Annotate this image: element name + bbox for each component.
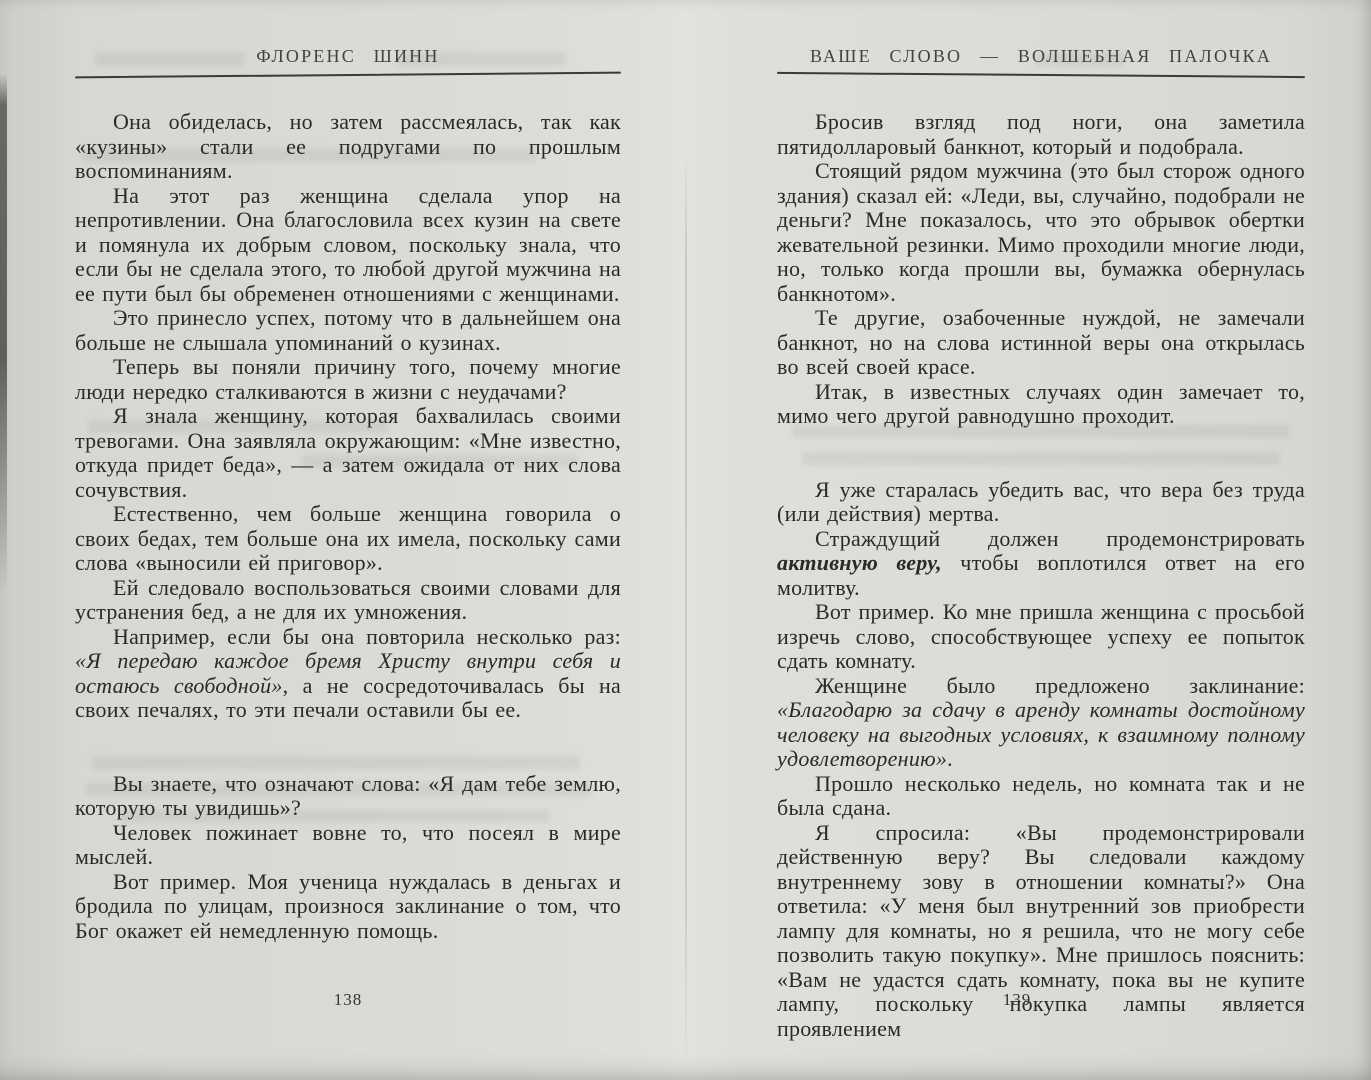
text-segment: Она обиделась, но затем рассмеялась, так… xyxy=(75,109,621,183)
running-head-right: ВАШЕ СЛОВО — ВОЛШЕБНАЯ ПАЛОЧКА xyxy=(777,46,1305,66)
paragraph: Это принесло успех, потому что в дальней… xyxy=(75,306,621,355)
page-edge-shadow-left xyxy=(0,74,7,594)
text-segment: Страждущий должен продемонстрировать xyxy=(815,526,1305,551)
text-segment: Вот пример. Моя ученица нуждалась в день… xyxy=(75,869,621,943)
gutter-shadow xyxy=(685,150,687,1080)
paragraph: Бросив взгляд под ноги, она заметила пят… xyxy=(777,110,1305,159)
paragraph: Вот пример. Ко мне пришла женщина с прос… xyxy=(777,600,1305,674)
paragraph: На этот раз женщина сделала упор на непр… xyxy=(75,184,621,307)
page-number-left: 138 xyxy=(75,990,621,1010)
paragraph: Вот пример. Моя ученица нуждалась в день… xyxy=(75,870,621,944)
paragraph: Итак, в известных случаях один замечает … xyxy=(777,380,1305,429)
paragraph: Женщине было предложено заклинание: «Бла… xyxy=(777,674,1305,772)
paragraph: Теперь вы поняли причину того, почему мн… xyxy=(75,355,621,404)
header-rule-left xyxy=(75,72,621,79)
page-number-right: 139 xyxy=(753,990,1281,1010)
text-segment: Это принесло успех, потому что в дальней… xyxy=(75,305,621,355)
paragraph: Естественно, чем больше женщина говорила… xyxy=(75,502,621,576)
text-segment: Я уже старалась убедить вас, что вера бе… xyxy=(777,477,1305,527)
paragraph: Прошло несколько недель, но комната так … xyxy=(777,772,1305,821)
text-segment: Например, если бы она повторила нескольк… xyxy=(113,624,621,649)
paragraph: Те другие, озабоченные нуждой, не замеча… xyxy=(777,306,1305,380)
text-segment: Вы знаете, что означают слова: «Я дам те… xyxy=(75,771,621,821)
paragraph: Вы знаете, что означают слова: «Я дам те… xyxy=(75,772,621,821)
text-segment: Вот пример. Ко мне пришла женщина с прос… xyxy=(777,599,1305,673)
text-segment: Естественно, чем больше женщина говорила… xyxy=(75,501,621,575)
text-segment: На этот раз женщина сделала упор на непр… xyxy=(75,183,621,306)
text-segment: активную веру, xyxy=(777,550,942,575)
paragraph: Человек пожинает вовне то, что посеял в … xyxy=(75,821,621,870)
text-segment: Ей следовало воспользоваться своими слов… xyxy=(75,575,621,625)
text-segment: Человек пожинает вовне то, что посеял в … xyxy=(75,820,621,870)
page-body-left: Она обиделась, но затем рассмеялась, так… xyxy=(75,110,621,943)
text-segment: «Благодарю за сдачу в аренду комнаты дос… xyxy=(777,697,1305,771)
paragraph: Я уже старалась убедить вас, что вера бе… xyxy=(777,478,1305,527)
text-segment: Итак, в известных случаях один замечает … xyxy=(777,379,1305,429)
header-rule-right xyxy=(777,72,1305,78)
text-segment: Прошло несколько недель, но комната так … xyxy=(777,771,1305,821)
running-head-left: ФЛОРЕНС ШИНН xyxy=(75,46,621,66)
text-segment: . xyxy=(947,746,953,771)
text-segment: Я знала женщину, которая бахвалилась сво… xyxy=(75,403,621,502)
right-page: ВАШЕ СЛОВО — ВОЛШЕБНАЯ ПАЛОЧКА Бросив вз… xyxy=(777,46,1305,1041)
left-page: ФЛОРЕНС ШИНН Она обиделась, но затем рас… xyxy=(75,46,621,943)
text-segment: Стоящий рядом мужчина (это был сторож од… xyxy=(777,158,1305,306)
text-segment: Те другие, озабоченные нуждой, не замеча… xyxy=(777,305,1305,379)
paragraph: Ей следовало воспользоваться своими слов… xyxy=(75,576,621,625)
paragraph: Страждущий должен продемонстрировать акт… xyxy=(777,527,1305,601)
paragraph: Я знала женщину, которая бахвалилась сво… xyxy=(75,404,621,502)
page-body-right: Бросив взгляд под ноги, она заметила пят… xyxy=(777,110,1305,1041)
paragraph: Стоящий рядом мужчина (это был сторож од… xyxy=(777,159,1305,306)
book-spread-scan: ФЛОРЕНС ШИНН Она обиделась, но затем рас… xyxy=(0,0,1371,1080)
paragraph: Она обиделась, но затем рассмеялась, так… xyxy=(75,110,621,184)
text-segment: Бросив взгляд под ноги, она заметила пят… xyxy=(777,109,1305,159)
text-segment: Женщине было предложено заклинание: xyxy=(815,673,1305,698)
text-segment: Теперь вы поняли причину того, почему мн… xyxy=(75,354,621,404)
paragraph: Например, если бы она повторила нескольк… xyxy=(75,625,621,723)
